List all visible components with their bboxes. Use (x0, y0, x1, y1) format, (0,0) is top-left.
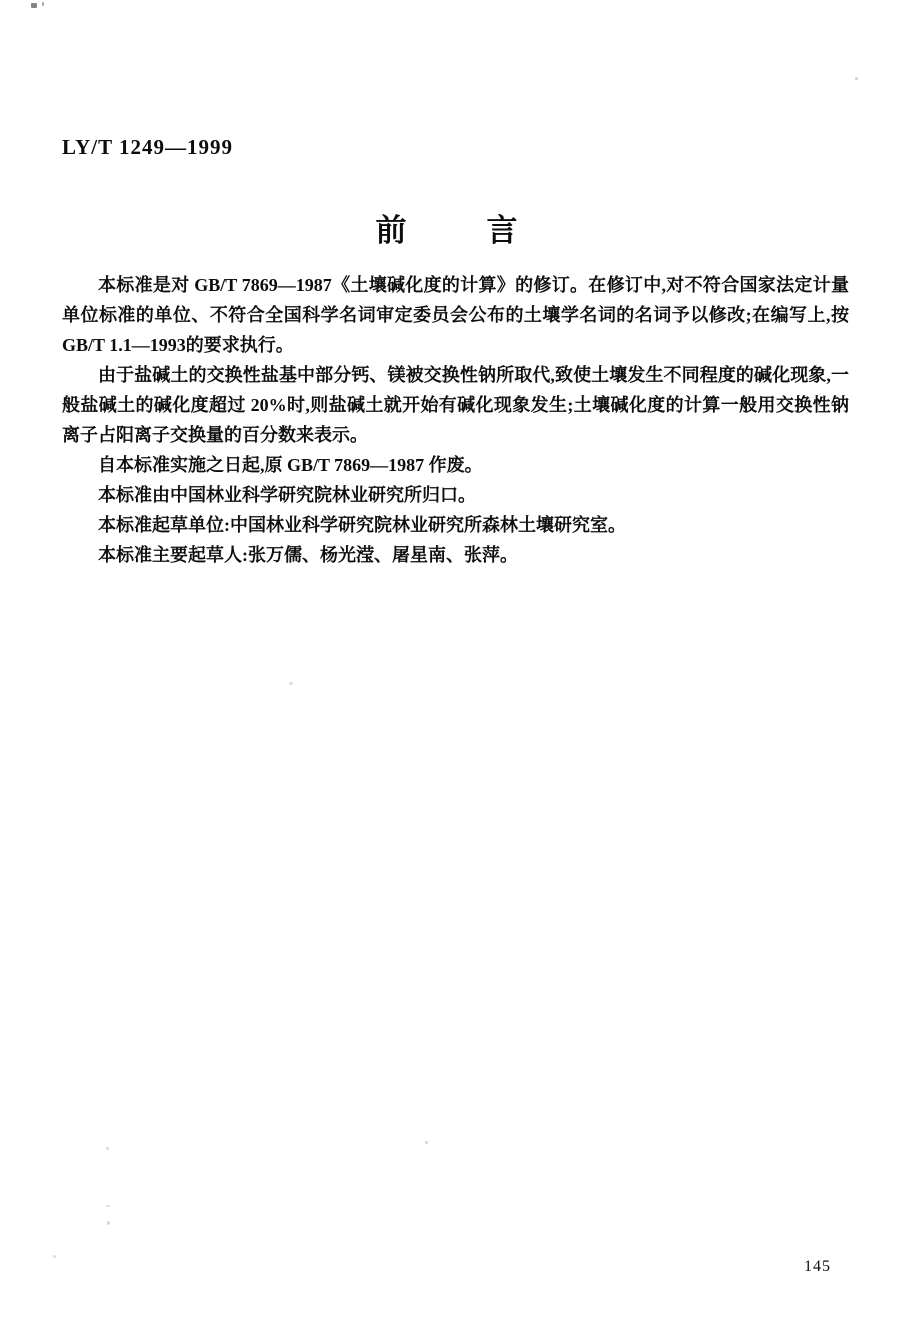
scan-speck (106, 1147, 109, 1150)
paragraph-revision-note: 本标准是对 GB/T 7869—1987《土壤碱化度的计算》的修订。在修订中,对… (62, 270, 849, 360)
scan-speck (106, 1205, 110, 1207)
standard-code: LY/T 1249—1999 (62, 135, 233, 160)
page-number: 145 (804, 1258, 831, 1276)
paragraph-drafting-organization: 本标准起草单位:中国林业科学研究院林业研究所森林土壤研究室。 (62, 510, 849, 540)
scan-speck (855, 77, 858, 80)
scan-speck (53, 1255, 56, 1258)
paragraph-alkalization-explanation: 由于盐碱土的交换性盐基中部分钙、镁被交换性钠所取代,致使土壤发生不同程度的碱化现… (62, 360, 849, 450)
paragraph-centralized-body: 本标准由中国林业科学研究院林业研究所归口。 (62, 480, 849, 510)
page-title: 前 言 (0, 205, 899, 250)
foreword-body: 本标准是对 GB/T 7869—1987《土壤碱化度的计算》的修订。在修订中,对… (62, 270, 849, 570)
scan-speck (31, 3, 37, 8)
scan-speck (42, 2, 44, 6)
paragraph-supersession: 自本标准实施之日起,原 GB/T 7869—1987 作废。 (62, 450, 849, 480)
scan-speck (425, 1141, 428, 1144)
scan-speck (107, 1221, 110, 1225)
document-page: LY/T 1249—1999 前 言 本标准是对 GB/T 7869—1987《… (0, 0, 899, 1344)
paragraph-drafters: 本标准主要起草人:张万儒、杨光滢、屠星南、张萍。 (62, 540, 849, 570)
scan-speck (289, 682, 293, 685)
